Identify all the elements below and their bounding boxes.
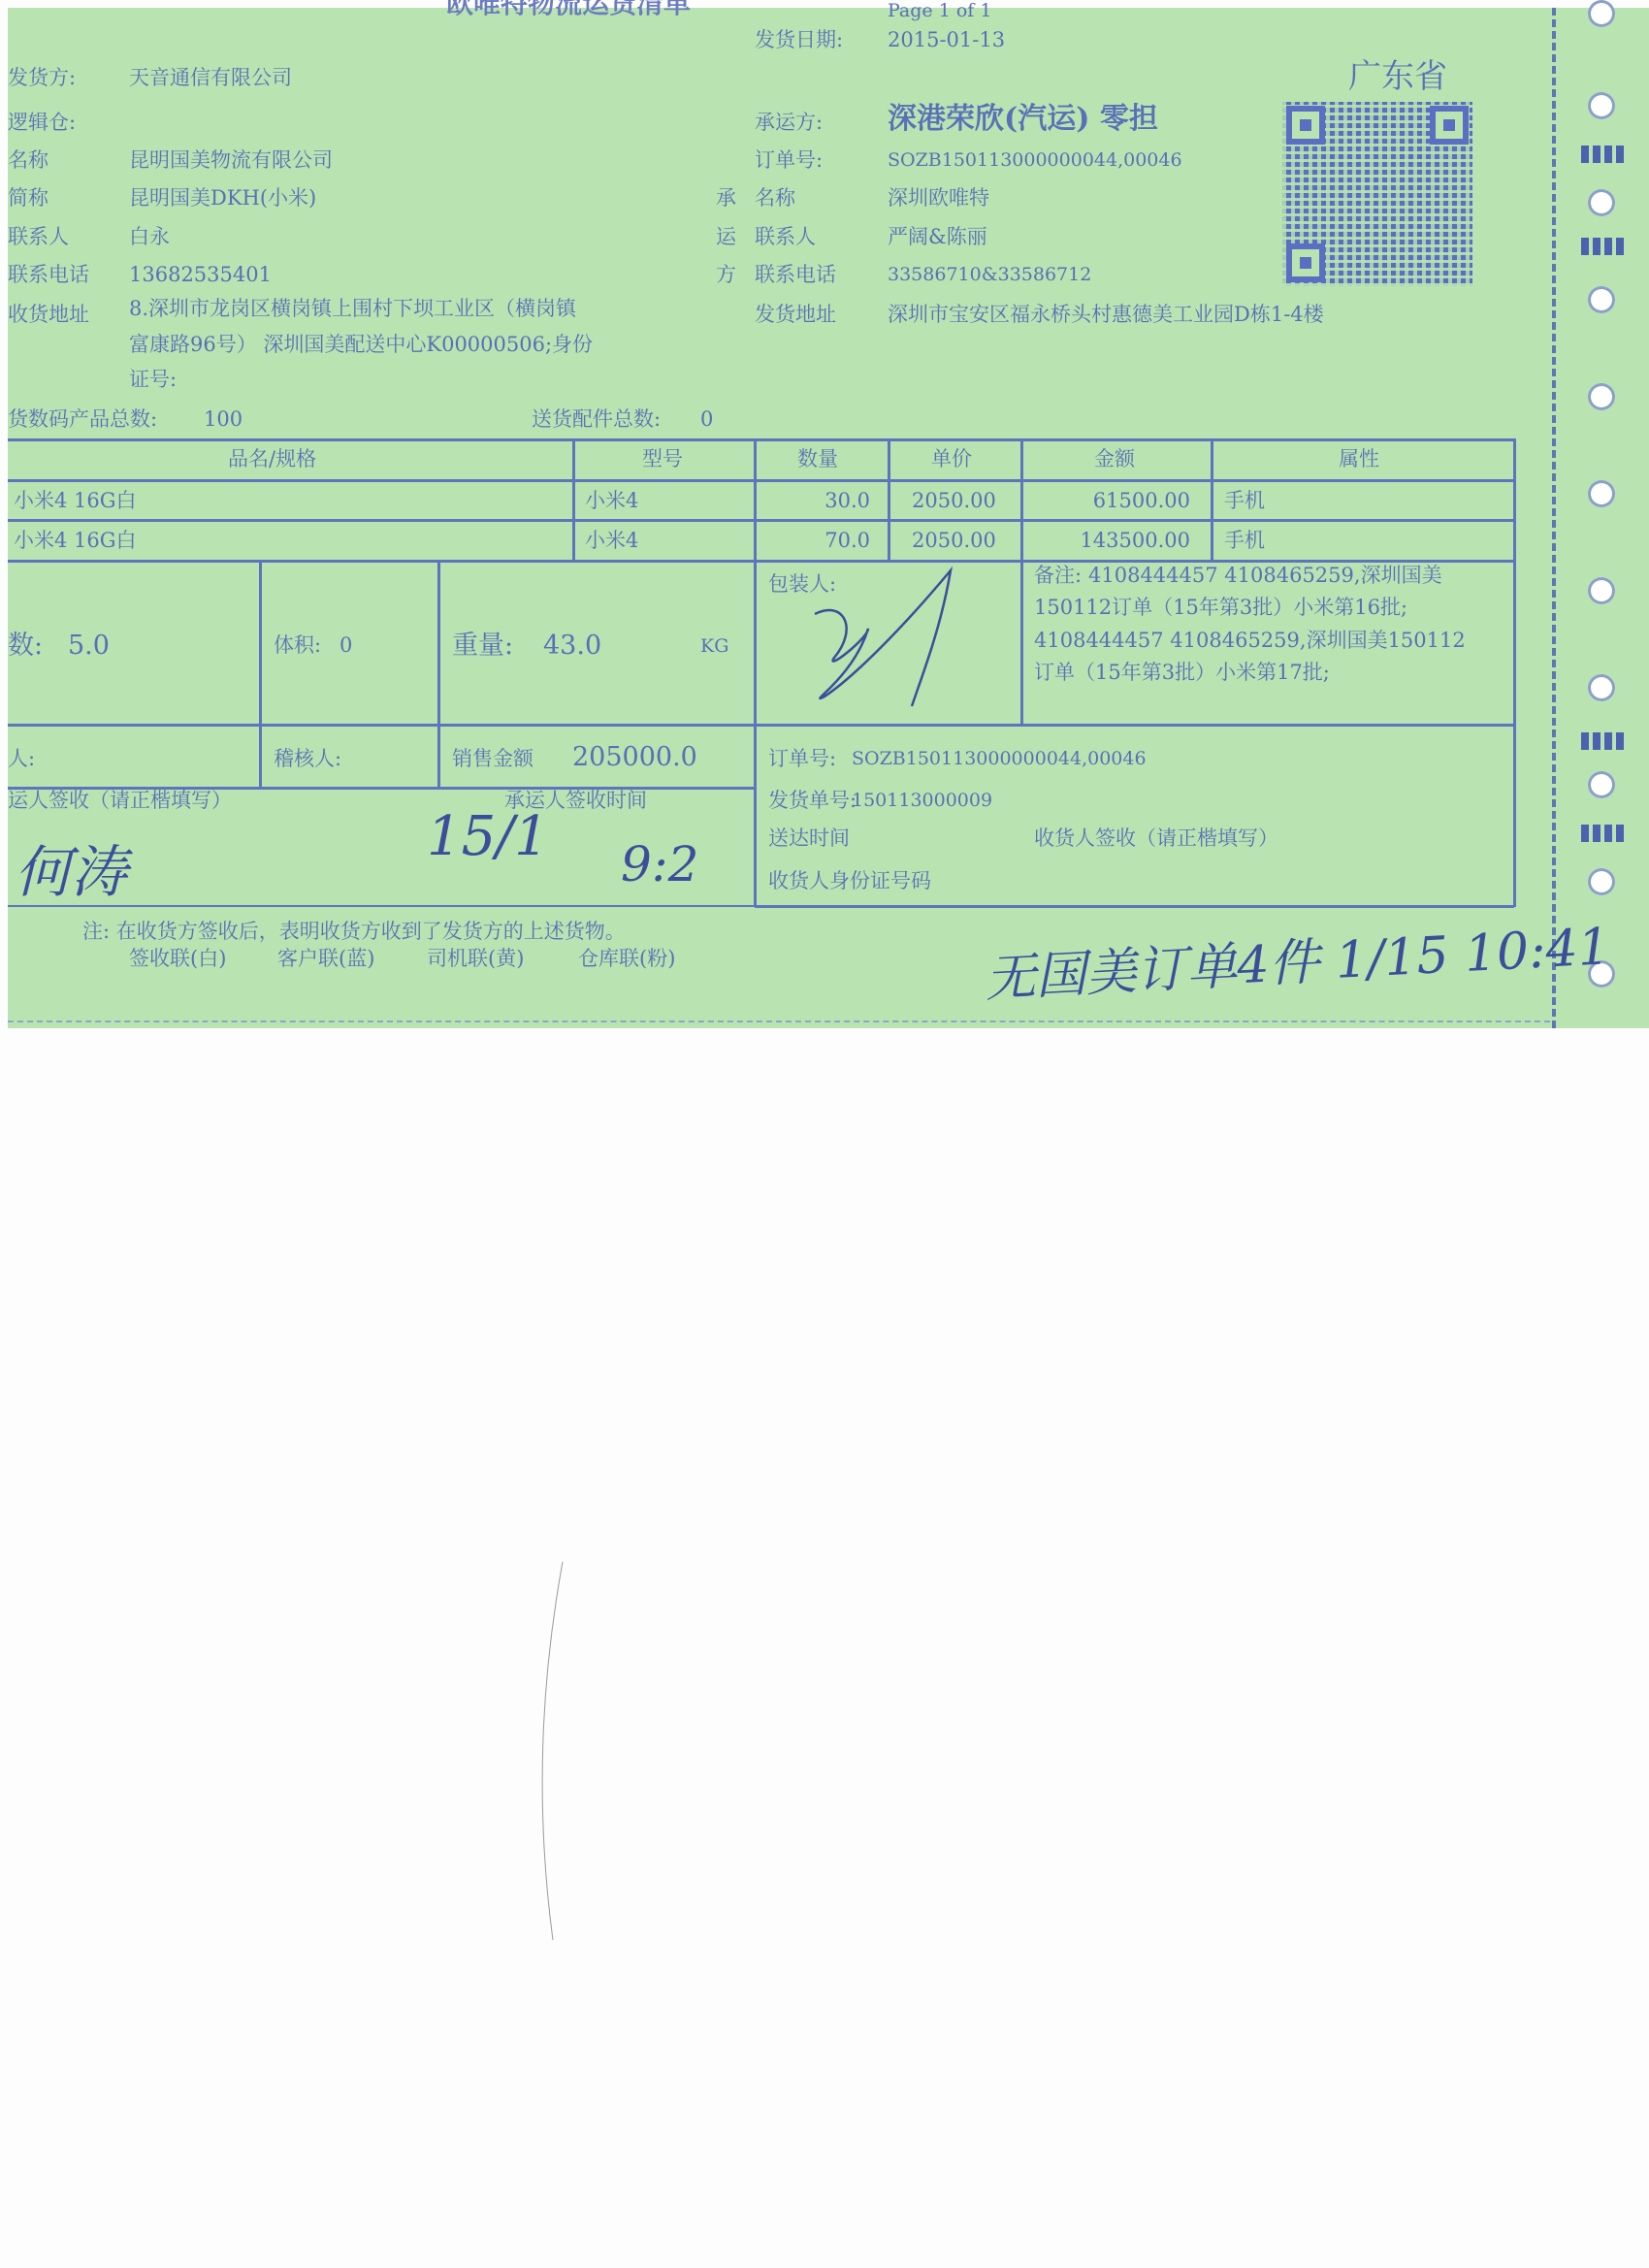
- cell-amount: 61500.00: [1028, 491, 1190, 511]
- consignee-short-value: 昆明国美DKH(小米): [129, 188, 316, 209]
- table-border: [755, 905, 1514, 908]
- carrier-name-value: 深圳欧唯特: [888, 188, 989, 209]
- cell-qty: 30.0: [766, 491, 870, 511]
- consignee-name-value: 昆明国美物流有限公司: [129, 150, 333, 171]
- table-border: [754, 438, 757, 906]
- ship-date-value: 2015-01-13: [888, 30, 1005, 50]
- digital-total-value: 100: [204, 409, 242, 430]
- barcode-mark-icon: [1581, 238, 1624, 255]
- sales-amount-label: 销售金额: [452, 749, 533, 769]
- barcode-mark-icon: [1581, 146, 1624, 163]
- ship-address-label: 发货地址: [755, 305, 836, 325]
- carrier-side-label-1: 承: [716, 188, 736, 209]
- cell-unit-price: 2050.00: [912, 531, 996, 551]
- feed-hole-icon: [1588, 480, 1615, 507]
- parts-total-label: 送货配件总数:: [532, 409, 661, 430]
- digital-total-label: 货数码产品总数:: [8, 409, 157, 430]
- consignee-phone-value: 13682535401: [129, 265, 272, 285]
- delivery-time-label: 送达时间: [768, 828, 850, 849]
- qr-code-icon: [1282, 102, 1472, 286]
- feed-hole-icon: [1588, 383, 1615, 410]
- col-header-name: 品名/规格: [228, 449, 316, 470]
- carrier-contact-label: 联系人: [755, 227, 816, 247]
- sales-amount-value: 205000.0: [572, 744, 697, 770]
- col-header-qty: 数量: [797, 449, 838, 470]
- consignee-address-label: 收货地址: [8, 305, 89, 325]
- carrier-name-label: 名称: [755, 188, 795, 209]
- feed-hole-icon: [1588, 868, 1615, 895]
- ship-date-label: 发货日期:: [755, 30, 843, 50]
- cell-unit-price: 2050.00: [912, 491, 996, 511]
- col-header-model: 型号: [642, 449, 683, 470]
- consignee-address-line3: 证号:: [129, 370, 177, 390]
- remarks-line-2: 150112订单（15年第3批）小米第16批;: [1034, 598, 1407, 618]
- footer-note: 注: 在收货方签收后，表明收货方收到了发货方的上述货物。: [82, 922, 626, 942]
- dispatch-number-label: 发货单号:: [768, 791, 857, 811]
- cell-amount: 143500.00: [1028, 531, 1190, 551]
- cell-model: 小米4: [585, 491, 638, 511]
- consignee-contact-label: 联系人: [8, 227, 69, 247]
- pencil-mark: [524, 1552, 582, 1960]
- table-border: [437, 560, 440, 787]
- feed-hole-icon: [1588, 577, 1615, 604]
- ship-address-value: 深圳市宝安区福永桥头村惠德美工业园D栋1-4楼: [888, 305, 1324, 325]
- remarks-line-1: 4108444457 4108465259,深圳国美: [1088, 566, 1442, 586]
- barcode-mark-icon: [1581, 732, 1624, 750]
- weight-value: 43.0: [543, 632, 601, 659]
- shipper-value: 天音通信有限公司: [129, 68, 292, 88]
- consignee-phone-label: 联系电话: [8, 265, 89, 285]
- table-border: [8, 724, 1514, 727]
- feed-hole-icon: [1588, 0, 1615, 27]
- remarks-line-3: 4108444457 4108465259,深圳国美150112: [1034, 631, 1466, 651]
- weight-unit: KG: [700, 637, 728, 656]
- carrier-value: 深港荣欣(汽运) 零担: [888, 105, 1158, 134]
- remarks-label: 备注:: [1034, 566, 1082, 586]
- order-number-label: 订单号:: [755, 150, 823, 171]
- weight-label: 重量:: [452, 632, 513, 659]
- consignee-name-label: 名称: [8, 150, 48, 171]
- cell-model: 小米4: [585, 531, 638, 551]
- copy-label-blue: 客户联(蓝): [277, 949, 374, 969]
- table-border: [572, 438, 575, 560]
- carrier-contact-value: 严阔&陈丽: [888, 227, 987, 247]
- cell-name: 小米4 16G白: [14, 491, 137, 511]
- barcode-mark-icon: [1581, 825, 1624, 842]
- page-indicator: Page 1 of 1: [888, 2, 991, 20]
- table-border: [1513, 438, 1516, 907]
- order-number-value-2: SOZB150113000000044,00046: [852, 750, 1147, 768]
- province: 广东省: [1348, 60, 1447, 93]
- checker-label: 人:: [8, 749, 35, 769]
- feed-hole-icon: [1588, 674, 1615, 701]
- copy-label-pink: 仓库联(粉): [578, 949, 675, 969]
- cell-name: 小米4 16G白: [14, 531, 137, 551]
- document-title: 欧唯特物流运货清单: [446, 0, 691, 17]
- logic-warehouse-label: 逻辑仓:: [8, 113, 76, 133]
- auditor-label: 稽核人:: [274, 749, 341, 769]
- carrier-signature: 何涛: [15, 826, 127, 908]
- consignee-address-line2: 富康路96号） 深圳国美配送中心K00000506;身份: [129, 335, 593, 355]
- feed-hole-icon: [1588, 189, 1615, 216]
- carrier-side-label-3: 方: [716, 265, 736, 285]
- remarks-line-4: 订单（15年第3批）小米第17批;: [1034, 663, 1330, 683]
- pieces-value: 5.0: [68, 632, 110, 659]
- order-number-label-2: 订单号:: [768, 749, 836, 769]
- order-number-value: SOZB150113000000044,00046: [888, 151, 1182, 170]
- pieces-label: 数:: [8, 632, 43, 659]
- col-header-attribute: 属性: [1339, 449, 1379, 470]
- cell-attribute: 手机: [1224, 531, 1265, 551]
- tear-edge: [8, 1021, 1550, 1028]
- table-border: [259, 560, 262, 787]
- carrier-phone-value: 33586710&33586712: [888, 266, 1091, 284]
- consignee-short-label: 简称: [8, 188, 48, 209]
- receiver-sign-label: 收货人签收（请正楷填写）: [1034, 828, 1278, 849]
- table-border: [8, 560, 1514, 563]
- copy-label-white: 签收联(白): [129, 949, 226, 969]
- shipper-label: 发货方:: [8, 68, 76, 88]
- consignee-address-line1: 8.深圳市龙岗区横岗镇上围村下坝工业区（横岗镇: [129, 299, 576, 319]
- table-border: [8, 519, 1514, 522]
- table-border: [1211, 438, 1213, 560]
- consignee-contact-value: 白永: [129, 227, 170, 247]
- cell-attribute: 手机: [1224, 491, 1265, 511]
- volume-value: 0: [339, 635, 352, 656]
- table-border: [8, 438, 1514, 441]
- carrier-sign-label: 运人签收（请正楷填写）: [8, 791, 232, 811]
- dispatch-number-value: 150113000009: [852, 792, 992, 810]
- receiver-id-label: 收货人身份证号码: [768, 871, 931, 891]
- volume-label: 体积:: [274, 635, 321, 656]
- carrier-label: 承运方:: [755, 113, 823, 133]
- col-header-amount: 金额: [1094, 449, 1135, 470]
- table-border: [1020, 438, 1023, 725]
- col-header-unit-price: 单价: [931, 449, 972, 470]
- feed-hole-icon: [1588, 771, 1615, 798]
- packer-signature: [776, 561, 1018, 716]
- carrier-phone-label: 联系电话: [755, 265, 836, 285]
- perforation-line: [1552, 8, 1556, 1028]
- cell-qty: 70.0: [766, 531, 870, 551]
- carrier-side-label-2: 运: [716, 227, 736, 247]
- parts-total-value: 0: [700, 409, 713, 430]
- carrier-sign-time: 9:2: [621, 836, 698, 892]
- feed-hole-icon: [1588, 286, 1615, 313]
- copy-label-yellow: 司机联(黄): [427, 949, 524, 969]
- feed-hole-icon: [1588, 92, 1615, 119]
- carrier-sign-date: 15/1: [427, 805, 549, 868]
- table-border: [888, 438, 890, 560]
- table-border: [8, 479, 1514, 482]
